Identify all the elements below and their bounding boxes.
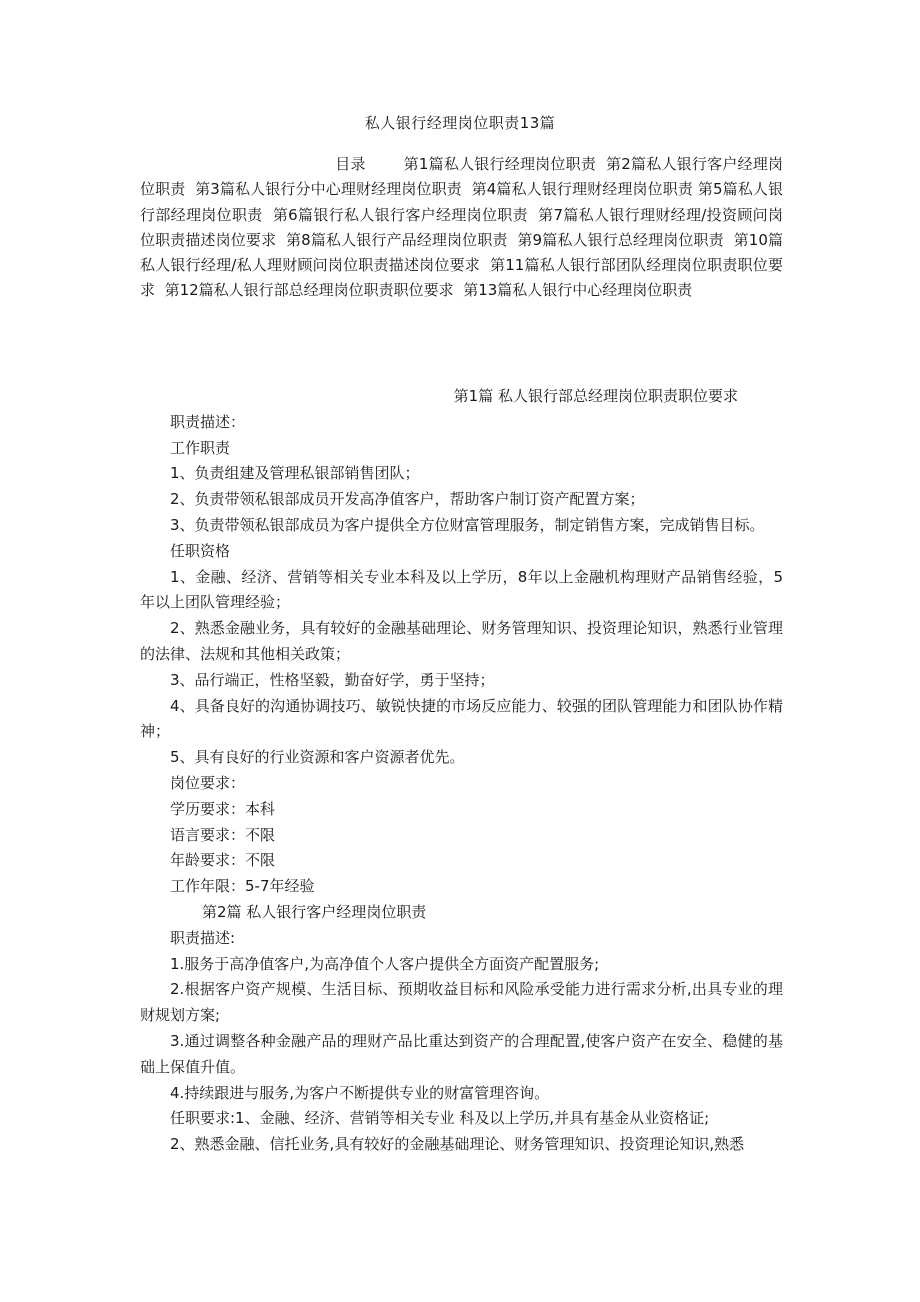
document-body: 第1篇 私人银行部总经理岗位职责职位要求 职责描述： 工作职责 1、负责组建及管…	[140, 384, 783, 1158]
duty-item: 1.服务于高净值客户,为高净值个人客户提供全方面资产配置服务;	[140, 952, 783, 978]
requirement-item: 年龄要求：不限	[140, 848, 783, 874]
duty-item: 2、负责带领私银部成员开发高净值客户，帮助客户制订资产配置方案；	[140, 487, 783, 513]
qual-item: 1、金融、经济、营销等相关专业本科及以上学历，8年以上金融机构理财产品销售经验，…	[140, 565, 783, 617]
duty-label: 职责描述：	[140, 410, 783, 436]
qual-item: 2、熟悉金融业务，具有较好的金融基础理论、财务管理知识、投资理论知识，熟悉行业管…	[140, 616, 783, 668]
toc-item[interactable]: 第8篇私人银行产品经理岗位职责	[286, 231, 508, 249]
requirement-item: 学历要求：本科	[140, 797, 783, 823]
document-title: 私人银行经理岗位职责13篇	[0, 112, 920, 133]
duty-item: 4.持续跟进与服务,为客户不断提供专业的财富管理咨询。	[140, 1081, 783, 1107]
qual-item: 5、具有良好的行业资源和客户资源者优先。	[140, 745, 783, 771]
qual-label: 任职资格	[140, 539, 783, 565]
document-page: 私人银行经理岗位职责13篇 目录第1篇私人银行经理岗位职责 第2篇私人银行客户经…	[0, 0, 920, 1302]
toc-item[interactable]: 第4篇私人银行理财经理岗位职责	[472, 180, 693, 198]
duty-item: 2.根据客户资产规模、生活目标、预期收益目标和风险承受能力进行需求分析,出具专业…	[140, 977, 783, 1029]
toc-item[interactable]: 第12篇私人银行部总经理岗位职责职位要求	[165, 281, 454, 299]
section-1-heading: 第1篇 私人银行部总经理岗位职责职位要求	[140, 384, 783, 410]
toc-item[interactable]: 第9篇私人银行总经理岗位职责	[517, 231, 723, 249]
duty-item: 3.通过调整各种金融产品的理财产品比重达到资产的合理配置,使客户资产在安全、稳健…	[140, 1029, 783, 1081]
section-2-heading: 第2篇 私人银行客户经理岗位职责	[140, 900, 783, 926]
toc-item[interactable]: 第1篇私人银行经理岗位职责	[404, 155, 596, 173]
requirement-item: 工作年限：5-7年经验	[140, 874, 783, 900]
toc-item[interactable]: 第6篇银行私人银行客户经理岗位职责	[273, 206, 528, 224]
duty-item: 1、负责组建及管理私银部销售团队；	[140, 461, 783, 487]
toc-item[interactable]: 第3篇私人银行分中心理财经理岗位职责	[195, 180, 462, 198]
qual-item: 3、品行端正，性格坚毅，勤奋好学，勇于坚持；	[140, 668, 783, 694]
work-label: 工作职责	[140, 436, 783, 462]
requirement-item: 2、熟悉金融、信托业务,具有较好的金融基础理论、财务管理知识、投资理论知识,熟悉	[140, 1132, 783, 1158]
toc-label: 目录	[335, 155, 366, 173]
duty-item: 3、负责带领私银部成员为客户提供全方位财富管理服务，制定销售方案，完成销售目标。	[140, 513, 783, 539]
qual-item: 4、具备良好的沟通协调技巧、敏锐快捷的市场反应能力、较强的团队管理能力和团队协作…	[140, 694, 783, 746]
toc-item[interactable]: 第13篇私人银行中心经理岗位职责	[463, 281, 692, 299]
requirement-item: 任职要求:1、金融、经济、营销等相关专业 科及以上学历,并具有基金从业资格证;	[140, 1106, 783, 1132]
requirements-label: 岗位要求：	[140, 771, 783, 797]
table-of-contents: 目录第1篇私人银行经理岗位职责 第2篇私人银行客户经理岗位职责 第3篇私人银行分…	[140, 152, 783, 304]
requirement-item: 语言要求：不限	[140, 823, 783, 849]
duty-label: 职责描述:	[140, 926, 783, 952]
